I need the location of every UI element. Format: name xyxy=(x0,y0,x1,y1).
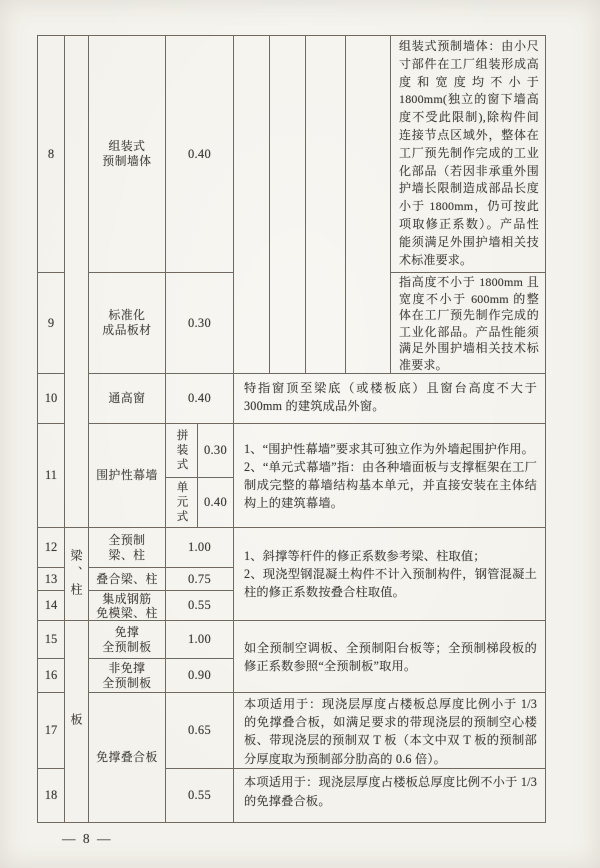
row-9-number: 9 xyxy=(38,273,65,374)
row-18-number: 18 xyxy=(38,769,65,823)
row-11-subtype-1-value: 0.30 xyxy=(198,424,234,478)
empty-column-2 xyxy=(270,36,306,374)
row-8-description-text: 组装式预制墙体：由小尺寸部件在工厂组装形成高度和宽度均不小于1800mm(独立的… xyxy=(391,36,545,269)
row-14-number: 14 xyxy=(38,591,65,621)
row-11-description-text: 1、“围护性幕墙”要求其可独立作为外墙起围护作用。 2、“单元式幕墙”指：由各种… xyxy=(234,440,545,512)
rows-15-16-description: 如全预制空调板、全预制阳台板等；全预制梯段板的修正系数参照“全预制板”取用。 xyxy=(234,621,546,693)
correction-factor-table: 8 9 10 11 12 13 14 15 16 17 18 梁、柱 板 组装式… xyxy=(37,35,546,823)
row-11-subtype-2-value: 0.40 xyxy=(198,478,234,528)
page-number: — 8 — xyxy=(62,831,132,847)
category-beams-columns-cell: 梁、柱 xyxy=(65,528,89,621)
row-18-description-text: 本项适用于：现浇层厚度占楼板总厚度比例不小于 1/3 的免撑叠合板。 xyxy=(234,769,545,810)
row-9-description: 指高度不小于 1800mm 且宽度不小于 600mm 的整体在工厂预先制作完成的… xyxy=(391,273,546,374)
empty-column-3 xyxy=(306,36,346,374)
row-9-value: 0.30 xyxy=(166,273,234,374)
row-10-name: 通高窗 xyxy=(89,374,166,424)
row-14-name: 集成钢筋 免模梁、柱 xyxy=(89,591,166,621)
row-17-18-name: 免撑叠合板 xyxy=(89,693,166,823)
row-16-value: 0.90 xyxy=(166,659,234,693)
empty-column-4 xyxy=(346,36,391,374)
row-13-value: 0.75 xyxy=(166,568,234,591)
row-12-number: 12 xyxy=(38,528,65,568)
row-8-name: 组装式 预制墙体 xyxy=(89,36,166,273)
row-9-description-text: 指高度不小于 1800mm 且宽度不小于 600mm 的整体在工厂预先制作完成的… xyxy=(391,273,545,374)
rows-12-14-description-text: 1、斜撑等杆件的修正系数参考梁、柱取值； 2、现浇型钢混凝土构件不计入预制构件，… xyxy=(234,547,545,601)
row-10-description-text: 特指窗顶至梁底（或楼板底）且窗台高度不大于 300mm 的建筑成品外窗。 xyxy=(234,374,545,415)
row-17-description-text: 本项适用于：现浇层厚度占楼板总厚度比例小于 1/3 的免撑叠合板，如满足要求的带… xyxy=(234,693,545,768)
row-11-description: 1、“围护性幕墙”要求其可独立作为外墙起围护作用。 2、“单元式幕墙”指：由各种… xyxy=(234,424,546,528)
row-16-name: 非免撑 全预制板 xyxy=(89,659,166,693)
row-11-subtype-2-label: 单元式 xyxy=(166,478,198,528)
row-16-number: 16 xyxy=(38,659,65,693)
row-15-number: 15 xyxy=(38,621,65,659)
row-8-number: 8 xyxy=(38,36,65,273)
row-17-number: 17 xyxy=(38,693,65,769)
row-13-name: 叠合梁、柱 xyxy=(89,568,166,591)
row-10-description: 特指窗顶至梁底（或楼板底）且窗台高度不大于 300mm 的建筑成品外窗。 xyxy=(234,374,546,424)
row-13-number: 13 xyxy=(38,568,65,591)
row-10-number: 10 xyxy=(38,374,65,424)
row-8-value: 0.40 xyxy=(166,36,234,273)
rows-15-16-description-text: 如全预制空调板、全预制阳台板等；全预制梯段板的修正系数参照“全预制板”取用。 xyxy=(234,639,545,675)
row-18-description: 本项适用于：现浇层厚度占楼板总厚度比例不小于 1/3 的免撑叠合板。 xyxy=(234,769,546,823)
category-empty-cell xyxy=(65,36,89,528)
row-8-description: 组装式预制墙体：由小尺寸部件在工厂组装形成高度和宽度均不小于1800mm(独立的… xyxy=(391,36,546,273)
row-12-value: 1.00 xyxy=(166,528,234,568)
row-17-value: 0.65 xyxy=(166,693,234,769)
row-12-name: 全预制 梁、柱 xyxy=(89,528,166,568)
row-15-value: 1.00 xyxy=(166,621,234,659)
empty-column-1 xyxy=(234,36,270,374)
row-10-value: 0.40 xyxy=(166,374,234,424)
category-slabs-cell: 板 xyxy=(65,621,89,823)
row-11-number: 11 xyxy=(38,424,65,528)
row-11-name: 围护性幕墙 xyxy=(89,424,166,528)
row-18-value: 0.55 xyxy=(166,769,234,823)
row-17-description: 本项适用于：现浇层厚度占楼板总厚度比例小于 1/3 的免撑叠合板，如满足要求的带… xyxy=(234,693,546,769)
row-11-subtype-1-label: 拼装式 xyxy=(166,424,198,478)
row-15-name: 免撑 全预制板 xyxy=(89,621,166,659)
row-14-value: 0.55 xyxy=(166,591,234,621)
rows-12-14-description: 1、斜撑等杆件的修正系数参考梁、柱取值； 2、现浇型钢混凝土构件不计入预制构件，… xyxy=(234,528,546,621)
scanned-page: 8 9 10 11 12 13 14 15 16 17 18 梁、柱 板 组装式… xyxy=(0,0,600,868)
row-9-name: 标准化 成品板材 xyxy=(89,273,166,374)
